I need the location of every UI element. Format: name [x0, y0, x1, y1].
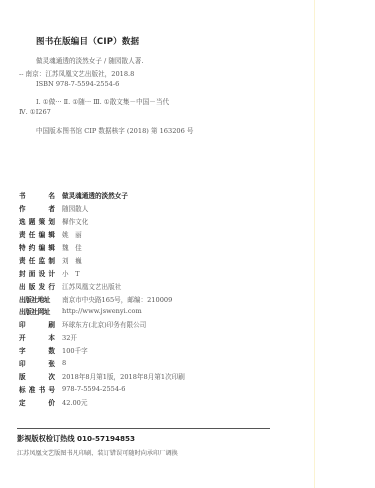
info-value: 8	[62, 359, 66, 367]
info-row-price: 定价 42.00元	[19, 395, 185, 408]
info-label: 选题策划	[19, 216, 55, 226]
info-value: 魏 佳	[62, 242, 82, 252]
info-label: 作者	[19, 203, 55, 213]
printing-notice: 江苏凤凰文艺版图书凡印刷、装订错误可随时向承印厂调换	[17, 448, 178, 457]
info-label: 出版社网址	[19, 306, 55, 316]
info-value: 做灵魂通透的淡然女子	[62, 190, 128, 200]
page-edge-line	[314, 0, 315, 488]
info-row-format: 开本 32开	[19, 331, 185, 344]
info-row-editor: 责任编辑 姚 丽	[19, 228, 185, 241]
info-value: 樨作文化	[62, 216, 88, 226]
divider-rule	[17, 428, 270, 429]
info-row-planner: 选题策划 樨作文化	[19, 215, 185, 228]
info-value: 42.00元	[62, 397, 87, 407]
info-label: 字数	[19, 345, 55, 355]
info-label: 版次	[19, 371, 55, 381]
cip-publisher-line: -- 南京：江苏凤凰文艺出版社，2018.8	[19, 68, 134, 78]
book-info-table: 书名 做灵魂通透的淡然女子 作者 随园散人 选题策划 樨作文化 责任编辑 姚 丽…	[19, 189, 185, 408]
info-row-title: 书名 做灵魂通透的淡然女子	[19, 189, 185, 202]
info-row-special-editor: 特约编辑 魏 佳	[19, 241, 185, 254]
cip-classification-line: Ⅰ. ①做··· Ⅱ. ①随··· Ⅲ. ①散文集－中国－当代	[36, 96, 169, 106]
info-label: 印刷	[19, 319, 55, 329]
info-label: 定价	[19, 397, 55, 407]
info-value: 小 T	[62, 268, 80, 278]
info-row-publisher-address: 出版社地址 南京市中央路165号，邮编：210009	[19, 292, 185, 305]
info-row-publisher-website: 出版社网址 http://www.jswenyi.com	[19, 305, 185, 318]
info-row-publisher: 出版发行 江苏凤凰文艺出版社	[19, 279, 185, 292]
info-label: 印张	[19, 358, 55, 368]
info-value: http://www.jswenyi.com	[62, 307, 142, 315]
info-label: 责任监制	[19, 255, 55, 265]
info-label: 开本	[19, 332, 55, 342]
info-label: 标准书号	[19, 384, 55, 394]
cip-data-number: 中国版本图书馆 CIP 数据核字 (2018) 第 163206 号	[36, 125, 193, 135]
info-label: 封面设计	[19, 268, 55, 278]
info-row-supervisor: 责任监制 刘 巍	[19, 253, 185, 266]
info-value: 江苏凤凰文艺出版社	[62, 281, 121, 291]
info-row-edition: 版次 2018年8月第1版，2018年8月第1次印刷	[19, 369, 185, 382]
info-value: 姚 丽	[62, 229, 82, 239]
info-row-cover-design: 封面设计 小 T	[19, 266, 185, 279]
cip-classification-code: Ⅳ. ①I267	[19, 108, 51, 116]
cip-book-title-line: 做灵魂通透的淡然女子 / 随园散人著.	[36, 55, 143, 65]
info-value: 100千字	[62, 345, 88, 355]
copyright-hotline: 影视版权检订热线 010-57194853	[17, 434, 135, 444]
info-label: 书名	[19, 190, 55, 200]
info-label: 特约编辑	[19, 242, 55, 252]
cip-isbn-line: ISBN 978-7-5594-2554-6	[36, 80, 119, 88]
info-value: 随园散人	[62, 203, 88, 213]
info-value: 32开	[62, 332, 77, 342]
info-row-sheets: 印张 8	[19, 357, 185, 370]
info-label: 出版社地址	[19, 294, 55, 304]
info-row-printer: 印刷 环球东方(北京)印务有限公司	[19, 318, 185, 331]
info-label: 出版发行	[19, 281, 55, 291]
info-label: 责任编辑	[19, 229, 55, 239]
info-row-author: 作者 随园散人	[19, 202, 185, 215]
info-row-isbn: 标准书号 978-7-5594-2554-6	[19, 382, 185, 395]
info-value: 978-7-5594-2554-6	[62, 385, 125, 393]
info-value: 环球东方(北京)印务有限公司	[62, 319, 146, 329]
info-value: 刘 巍	[62, 255, 82, 265]
info-row-word-count: 字数 100千字	[19, 344, 185, 357]
info-value: 2018年8月第1版，2018年8月第1次印刷	[62, 371, 185, 381]
cip-title: 图书在版编目（CIP）数据	[36, 35, 139, 47]
info-value: 南京市中央路165号，邮编：210009	[62, 294, 172, 304]
